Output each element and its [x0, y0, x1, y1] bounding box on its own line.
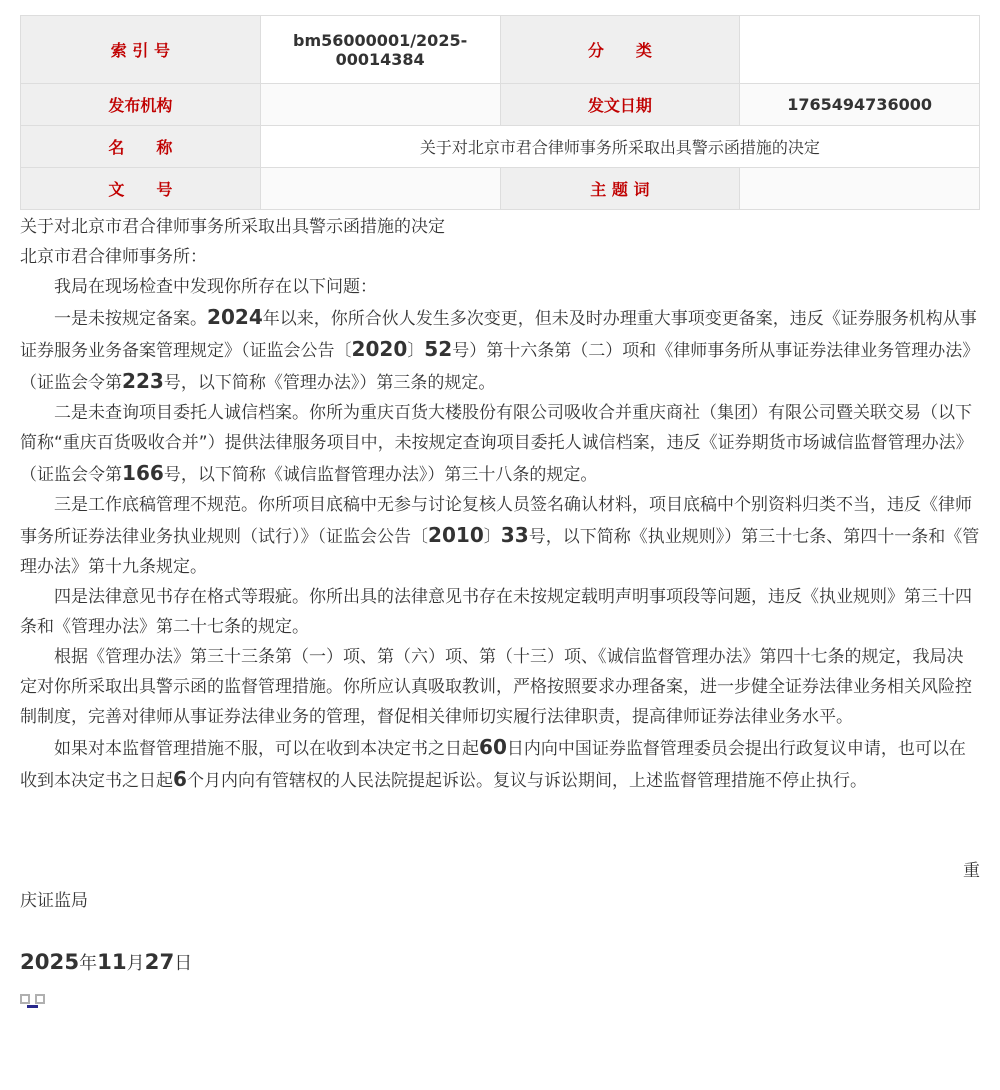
issue-4-paragraph: 四是法律意见书存在格式等瑕疵。你所出具的法律意见书存在未按规定载明声明事项段等问… [20, 582, 980, 642]
bold-number: 60 [479, 735, 507, 759]
bold-number: 2020 [352, 337, 408, 361]
decision-paragraph: 根据《管理办法》第三十三条第（一）项、第（六）项、第（十三）项、《诚信监督管理办… [20, 642, 980, 732]
bold-number: 2010 [428, 523, 484, 547]
category-label-cell: 分 类 [500, 16, 740, 84]
signature-line-1: 重 [20, 856, 980, 886]
bold-number: 223 [122, 369, 164, 393]
subject-label-cell: 主 题 词 [500, 168, 740, 210]
bold-number: 33 [501, 523, 529, 547]
issue-3-paragraph: 三是工作底稿管理不规范。你所项目底稿中无参与讨论复核人员签名确认材料，项目底稿中… [20, 490, 980, 582]
pub-date-value-cell: 1765494736000 [740, 84, 980, 126]
date-year: 2025 [20, 950, 79, 975]
agency-label-cell: 发布机构 [21, 84, 261, 126]
index-label-cell: 索 引 号 [21, 16, 261, 84]
document-body: 关于对北京市君合律师事务所采取出具警示函措施的决定 北京市君合律师事务所： 我局… [20, 212, 980, 796]
agency-value-cell [260, 84, 500, 126]
bold-number: 52 [424, 337, 452, 361]
date-month-unit: 月 [127, 953, 145, 974]
pub-date-label-cell: 发文日期 [500, 84, 740, 126]
category-value-cell [740, 16, 980, 84]
salutation-line: 北京市君合律师事务所： [20, 242, 980, 272]
agency-signature: 重 庆证监局 [20, 856, 980, 916]
date-month: 11 [97, 950, 127, 975]
subject-value-cell [740, 168, 980, 210]
text-segment: 四是法律意见书存在格式等瑕疵。你所出具的法律意见书存在未按规定载明声明事项段等问… [20, 587, 972, 637]
index-value-cell: bm56000001/2025-00014384 [260, 16, 500, 84]
text-segment: 〕 [407, 341, 424, 361]
date-day-unit: 日 [174, 953, 192, 974]
name-label-cell: 名 称 [21, 126, 261, 168]
text-segment: 根据《管理办法》第三十三条第（一）项、第（六）项、第（十三）项、《诚信监督管理办… [20, 647, 972, 727]
text-segment: 〕 [484, 527, 501, 547]
bold-number: 166 [122, 461, 164, 485]
bold-number: 6 [173, 767, 187, 791]
issue-1-paragraph: 一是未按规定备案。2024年以来，你所合伙人发生多次变更，但未及时办理重大事项变… [20, 302, 980, 398]
date-day: 27 [145, 950, 175, 975]
link-underline-bar [27, 1005, 38, 1008]
document-meta-table: 索 引 号 bm56000001/2025-00014384 分 类 发布机构 … [20, 15, 980, 210]
issue-2-paragraph: 二是未查询项目委托人诚信档案。你所为重庆百货大楼股份有限公司吸收合并重庆商社（集… [20, 398, 980, 490]
broken-glyph-box-icon [35, 994, 45, 1004]
signature-line-2: 庆证监局 [20, 886, 980, 916]
doc-no-label-cell: 文 号 [21, 168, 261, 210]
date-year-unit: 年 [79, 953, 97, 974]
appeal-paragraph: 如果对本监督管理措施不服，可以在收到本决定书之日起60日内向中国证券监督管理委员… [20, 732, 980, 796]
text-segment: 号，以下简称《管理办法》）第三条的规定。 [164, 373, 496, 393]
text-segment: 个月内向有管辖权的人民法院提起诉讼。复议与诉讼期间，上述监督管理措施不停止执行。 [187, 771, 867, 791]
text-segment: 号，以下简称《诚信监督管理办法》）第三十八条的规定。 [164, 465, 598, 485]
text-segment: 如果对本监督管理措施不服，可以在收到本决定书之日起 [54, 739, 479, 759]
document-page: 索 引 号 bm56000001/2025-00014384 分 类 发布机构 … [0, 0, 1000, 1090]
intro-line: 我局在现场检查中发现你所存在以下问题： [20, 272, 980, 302]
text-segment: 一是未按规定备案。 [54, 309, 207, 329]
issue-date: 2025年11月27日 [20, 948, 980, 979]
name-value-cell: 关于对北京市君合律师事务所采取出具警示函措施的决定 [260, 126, 979, 168]
attachment-placeholder-link[interactable] [20, 994, 45, 1006]
doc-title-line: 关于对北京市君合律师事务所采取出具警示函措施的决定 [20, 212, 980, 242]
bold-number: 2024 [207, 305, 263, 329]
broken-glyph-box-icon [20, 994, 30, 1004]
doc-no-value-cell [260, 168, 500, 210]
